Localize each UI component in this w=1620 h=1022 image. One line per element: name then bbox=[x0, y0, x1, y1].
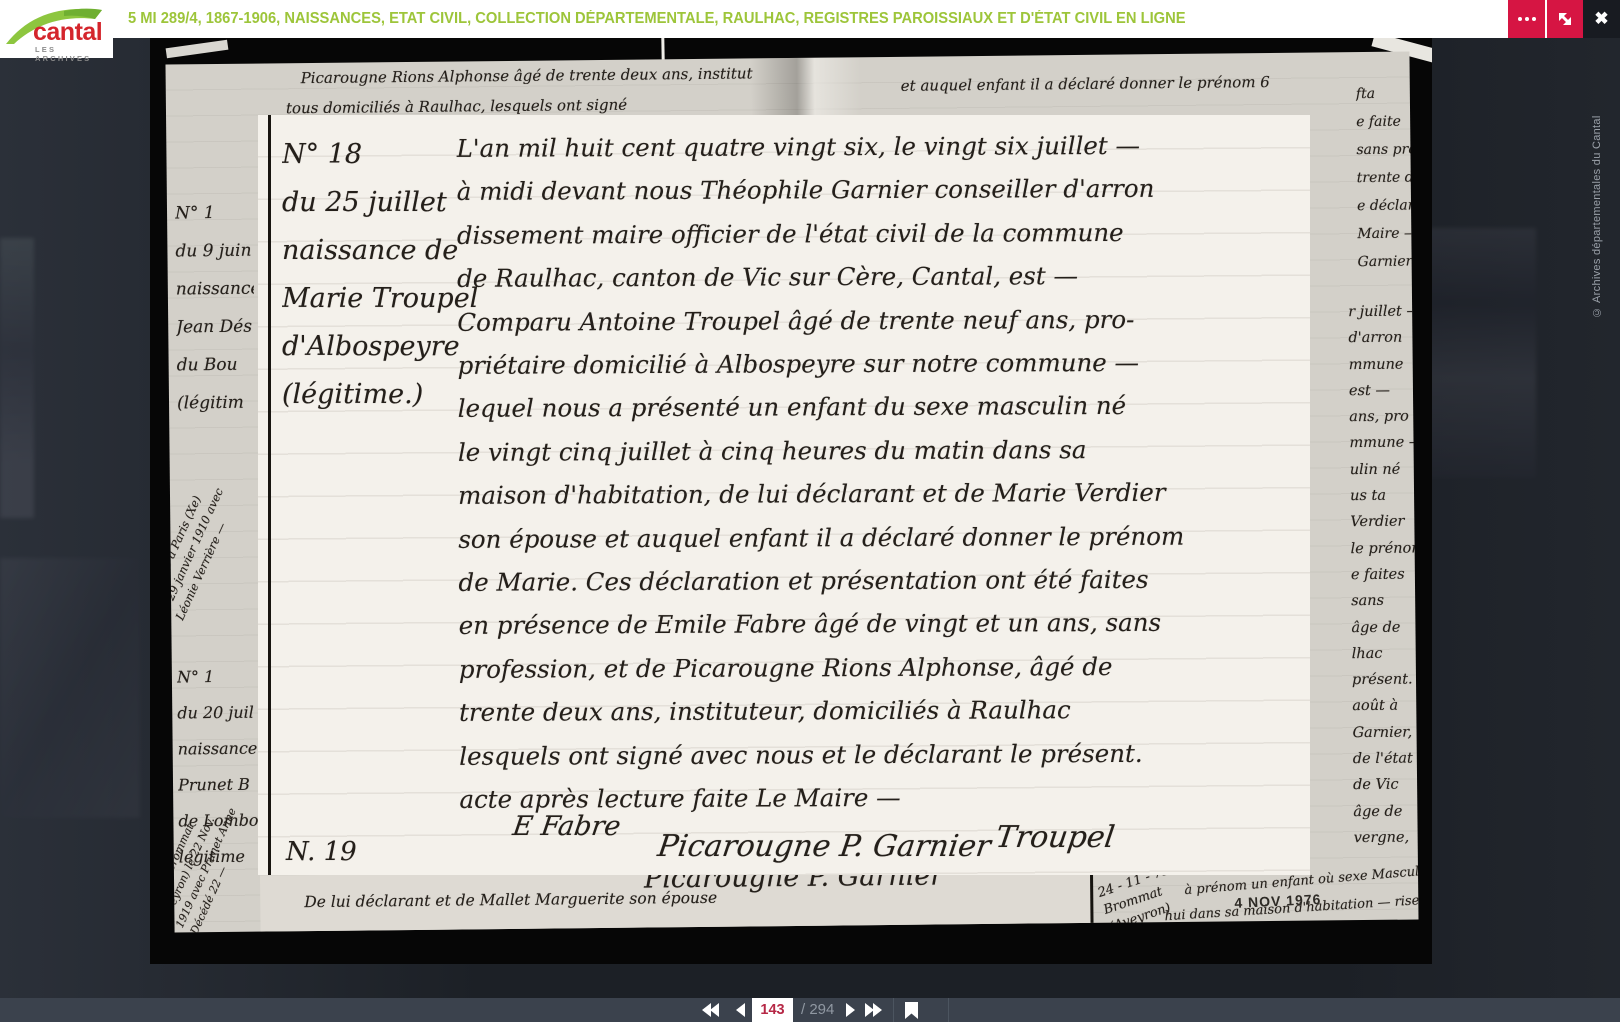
more-icon bbox=[1518, 17, 1522, 21]
next-page-button[interactable] bbox=[846, 1003, 855, 1017]
manuscript-line: et auquel enfant il a déclaré donner le … bbox=[901, 73, 1270, 95]
fullscreen-button[interactable] bbox=[1546, 0, 1583, 38]
header-bar: 5 MI 289/4, 1867-1906, NAISSANCES, ETAT … bbox=[0, 0, 1620, 38]
signature-troupel: Troupel bbox=[994, 820, 1117, 855]
logo-subtitle: LES ARCHIVES bbox=[35, 45, 113, 63]
document-title: 5 MI 289/4, 1867-1906, NAISSANCES, ETAT … bbox=[128, 0, 1186, 38]
last-page-button[interactable] bbox=[865, 1003, 882, 1017]
archive-viewer-app: 5 MI 289/4, 1867-1906, NAISSANCES, ETAT … bbox=[0, 0, 1620, 1022]
next-act-number: N. 19 bbox=[286, 837, 357, 867]
more-options-button[interactable] bbox=[1508, 0, 1545, 38]
right-edge-fragments: r juillet —d'arronmmuneest —ans, prommun… bbox=[1348, 298, 1418, 851]
close-icon: ✖ bbox=[1594, 9, 1608, 29]
left-arrow-icon bbox=[736, 1003, 745, 1017]
first-page-button[interactable] bbox=[702, 1003, 719, 1017]
magnifier-overlay[interactable]: N° 18du 25 juilletnaissance deMarie Trou… bbox=[258, 115, 1310, 875]
page-total-label: / 294 bbox=[801, 998, 834, 1022]
background-watermark-right bbox=[1428, 228, 1536, 478]
page-number-input[interactable] bbox=[752, 998, 793, 1022]
manuscript-line: Picarougne Rions Alphonse âgé de trente … bbox=[301, 64, 753, 87]
bookmark-button[interactable] bbox=[905, 1002, 918, 1019]
bookmark-icon bbox=[905, 1002, 918, 1019]
birth-act-text: L'an mil huit cent quatre vingt six, le … bbox=[456, 123, 1299, 821]
scanned-register-image[interactable]: Picarougne Rions Alphonse âgé de trente … bbox=[150, 38, 1432, 964]
previous-page-button[interactable] bbox=[736, 1003, 745, 1017]
margin-note-upper: N° 1du 9 juinnaissanceJean Désdu Bou(lég… bbox=[175, 194, 255, 423]
right-arrow-icon bbox=[846, 1003, 855, 1017]
diagonal-resize-icon bbox=[1556, 10, 1574, 28]
right-edge-fragments-top: ftae faitesans pro-trente deuxe déclaran… bbox=[1356, 79, 1419, 276]
cantal-logo[interactable]: cantal LES ARCHIVES bbox=[0, 0, 113, 58]
close-button[interactable]: ✖ bbox=[1583, 0, 1620, 38]
viewer-canvas: © Archives départementales du Cantal Pic… bbox=[0, 38, 1620, 998]
act-margin-heading: N° 18du 25 juilletnaissance deMarie Trou… bbox=[282, 131, 478, 419]
pagination-bar: / 294 bbox=[0, 998, 1620, 1022]
toolbar-divider bbox=[893, 998, 894, 1022]
margin-marriage-note: Mariage à Paris (Xe)le 29 janvier 1910 a… bbox=[165, 420, 269, 623]
margin-rule-line bbox=[268, 115, 271, 875]
signature-picarougne-garnier: Picarougne P. Garnier bbox=[656, 829, 993, 864]
copyright-notice: © Archives départementales du Cantal bbox=[1591, 108, 1603, 318]
background-watermark-left bbox=[0, 238, 34, 518]
logo-brand-text: cantal bbox=[33, 20, 102, 45]
toolbar-divider bbox=[948, 998, 949, 1022]
background-watermark-bottom-left bbox=[0, 558, 140, 818]
page-corner-top-left bbox=[166, 40, 229, 59]
signature-fabre: E Fabre bbox=[511, 811, 623, 842]
